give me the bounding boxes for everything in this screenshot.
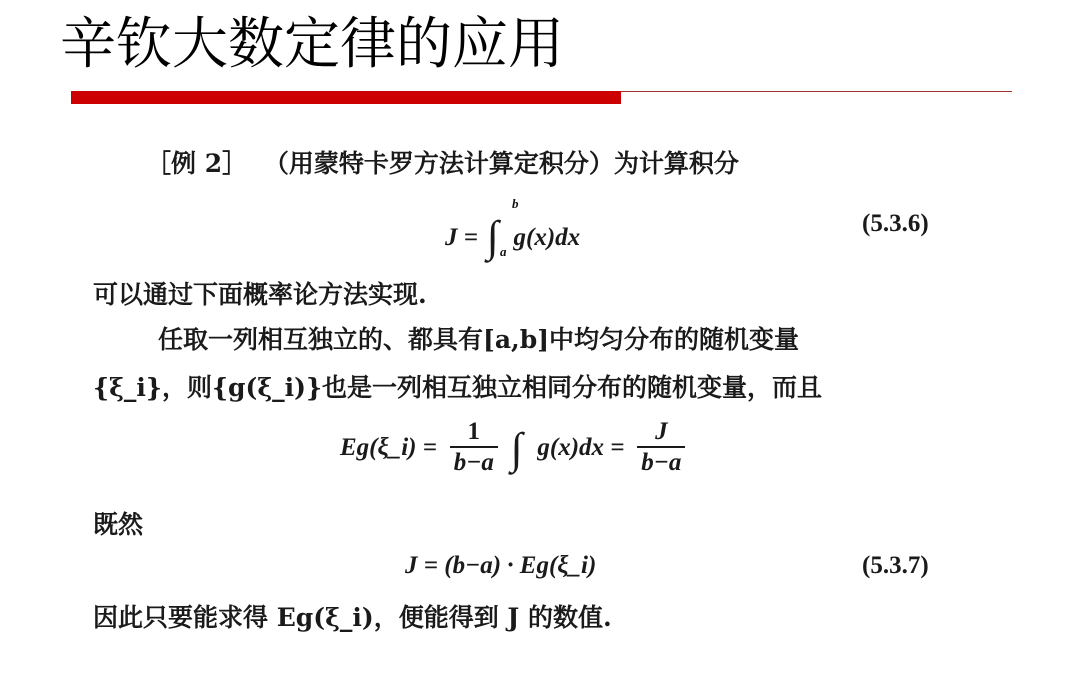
example-label: ［例 2］ — [146, 149, 247, 178]
integral-sign: ∫ — [511, 424, 523, 473]
integral-sign: ∫ — [487, 212, 499, 261]
eq1-lhs: J = — [445, 224, 478, 251]
example-intro: （用蒙特卡罗方法计算定积分）为计算积分 — [264, 149, 739, 178]
paragraph-line-1: 任取一列相互独立的、都具有[a,b]中均匀分布的随机变量 — [158, 320, 799, 356]
eq1-lower-limit: a — [500, 244, 507, 260]
example-heading: ［例 2］ （用蒙特卡罗方法计算定积分）为计算积分 — [146, 144, 739, 180]
eq2-lhs: Eg(ξ_i) = — [340, 434, 437, 461]
fraction-1-over-b-minus-a: 1 b−a — [450, 418, 498, 478]
fraction-J-over-b-minus-a: J b−a — [637, 418, 685, 478]
title-accent-bar — [71, 91, 621, 104]
conclusion-text: 因此只要能求得 Eg(ξ_i)，便能得到 J 的数值. — [93, 598, 612, 634]
equation-5-3-7: J = (b−a) · Eg(ξ_i) — [405, 552, 596, 580]
equation-expectation: Eg(ξ_i) = 1 b−a ∫ g(x)dx = J b−a — [340, 418, 689, 478]
paragraph-line-2: {ξ_i}，则{g(ξ_i)}也是一列相互独立相同分布的随机变量，而且 — [93, 368, 822, 404]
eq1-integrand: g(x)dx — [514, 224, 581, 251]
eq1-upper-limit: b — [512, 196, 519, 212]
eq2-integrand: g(x)dx = — [537, 434, 624, 461]
since-label: 既然 — [93, 505, 143, 541]
equation-5-3-6: J = ∫ g(x)dx — [445, 205, 580, 256]
equation-number-5-3-7: (5.3.7) — [862, 552, 929, 580]
title-divider-line — [621, 91, 1012, 92]
equation-number-5-3-6: (5.3.6) — [862, 210, 929, 238]
slide-title: 辛钦大数定律的应用 — [60, 10, 564, 80]
probability-method-text: 可以通过下面概率论方法实现. — [93, 275, 427, 311]
